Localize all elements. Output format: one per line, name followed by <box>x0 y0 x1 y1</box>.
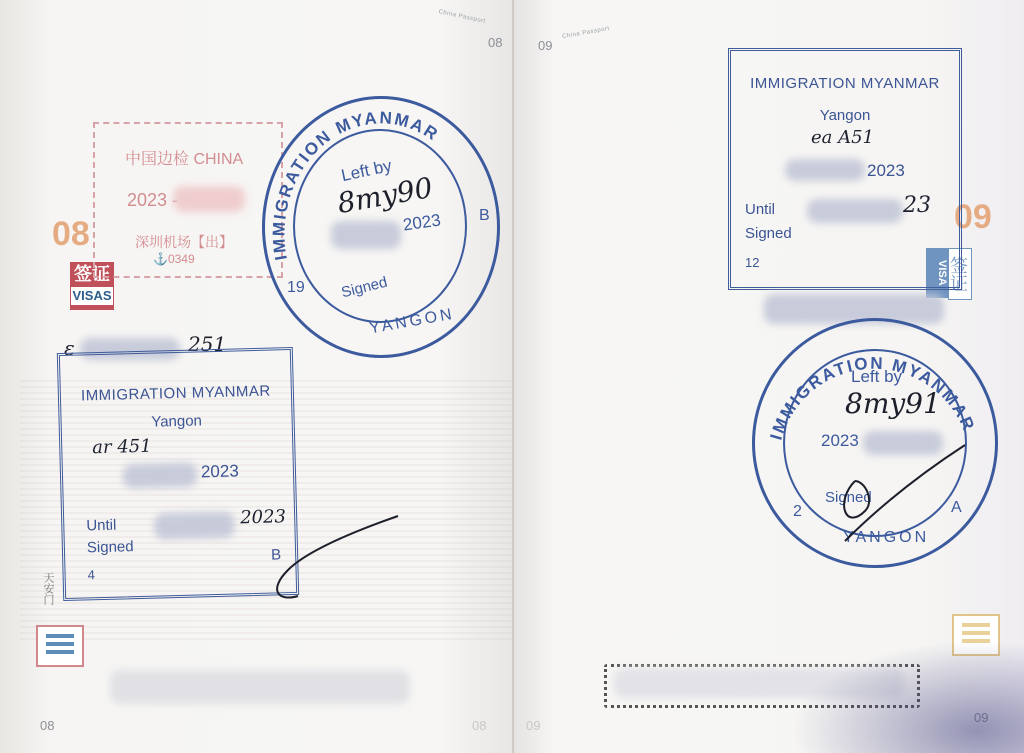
china-stamp-code: ⚓0349 <box>153 252 195 266</box>
until-year: 23 <box>903 193 931 218</box>
handwritten-code: ar 451 <box>92 436 152 459</box>
stamp-number: 19 <box>287 279 305 297</box>
stamp-city: Yangon <box>61 410 291 433</box>
stamp-number: 4 <box>87 567 95 582</box>
china-stamp-date: 2023 - <box>127 190 178 211</box>
stamp-city: Yangon <box>731 107 959 124</box>
stamp-year: 2023 <box>867 161 905 181</box>
page-header: China Passport <box>438 9 486 25</box>
redacted-date <box>785 159 865 181</box>
until-label: Until <box>745 201 775 218</box>
page-number-bottom: 08 <box>40 718 54 733</box>
stamp-title: IMMIGRATION MYANMAR <box>731 75 959 92</box>
passport-page-08: China Passport 08 08 08 08 签证 VISAS 中国边检… <box>0 0 514 753</box>
page-number-top: 08 <box>488 35 502 50</box>
stamp-number: 2 <box>793 503 802 521</box>
page-header: China Passport <box>562 26 610 40</box>
finger-shadow <box>790 640 1024 753</box>
page-number-bottom-inner: 09 <box>526 718 540 733</box>
stamp-letter: B <box>479 207 490 225</box>
side-page-number: 08 <box>52 215 90 254</box>
handwritten-date: 8my91 <box>845 387 941 420</box>
signature <box>825 441 975 551</box>
redacted-until-date <box>807 199 903 223</box>
left-by-label: Left by <box>851 367 902 387</box>
landmark-label: 天安门 <box>40 572 56 605</box>
stamp-year: 2023 <box>201 461 239 482</box>
stamp-number: 12 <box>745 255 759 270</box>
redacted-until-date <box>154 512 235 540</box>
page-number-bottom-inner: 08 <box>472 718 486 733</box>
stamp-title: IMMIGRATION MYANMAR <box>61 382 291 405</box>
myanmar-arrival-stamp: IMMIGRATION MYANMAR Yangon ar 451 2023 U… <box>57 347 299 601</box>
tiananmen-emblem-icon <box>36 625 84 667</box>
handwritten-code: ea A51 <box>811 127 874 148</box>
signed-label: Signed <box>745 225 792 242</box>
until-label: Until <box>86 517 116 535</box>
china-stamp-location: 深圳机场【出】 <box>135 232 233 252</box>
myanmar-arrival-stamp: IMMIGRATION MYANMAR Yangon ea A51 2023 U… <box>728 48 962 290</box>
page-number-top: 09 <box>538 38 552 53</box>
myanmar-departure-stamp: IMMIGRATION MYANMAR Left by 8my90 2023 S… <box>262 96 500 358</box>
redacted-mrz <box>110 670 410 704</box>
signature <box>268 510 408 610</box>
myanmar-departure-stamp: IMMIGRATION MYANMAR Left by 8my91 2023 S… <box>752 318 998 568</box>
visas-badge-en: VISAS <box>70 286 114 306</box>
signed-label: Signed <box>87 538 134 556</box>
redacted-date <box>123 463 198 489</box>
china-stamp-title: 中国边检 CHINA <box>125 146 243 169</box>
china-exit-stamp: 中国边检 CHINA 2023 - 深圳机场【出】 ⚓0349 <box>93 122 283 278</box>
redacted-date <box>173 186 245 212</box>
redacted-date <box>331 221 401 249</box>
